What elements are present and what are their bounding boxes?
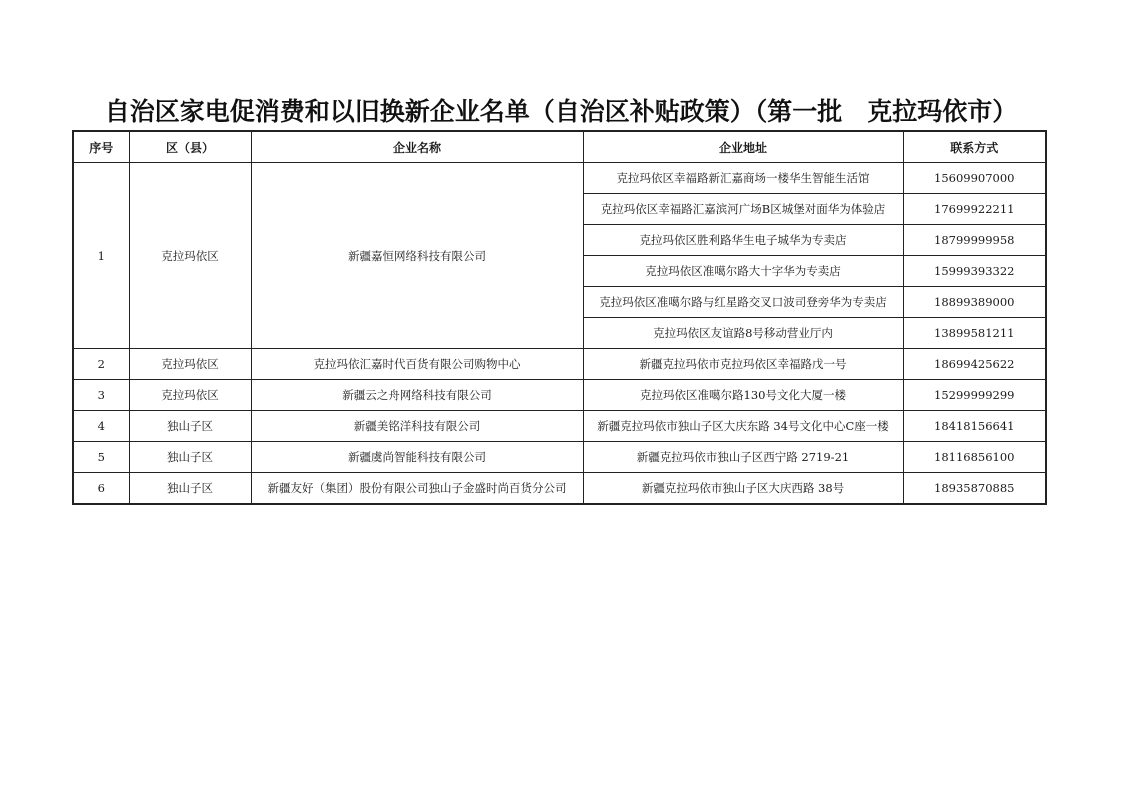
cell-contact: 18699425622 (903, 349, 1046, 380)
header-seq: 序号 (73, 131, 129, 163)
table-header-row: 序号 区（县） 企业名称 企业地址 联系方式 (73, 131, 1046, 163)
table-row: 2 克拉玛依区 克拉玛依汇嘉时代百货有限公司购物中心 新疆克拉玛依市克拉玛依区幸… (73, 349, 1046, 380)
cell-company: 新疆友好（集团）股份有限公司独山子金盛时尚百货分公司 (251, 473, 583, 505)
table-row: 6 独山子区 新疆友好（集团）股份有限公司独山子金盛时尚百货分公司 新疆克拉玛依… (73, 473, 1046, 505)
cell-contact: 15609907000 (903, 163, 1046, 194)
cell-contact: 18799999958 (903, 225, 1046, 256)
cell-district: 独山子区 (129, 442, 251, 473)
cell-company: 新疆美铭洋科技有限公司 (251, 411, 583, 442)
cell-contact: 15299999299 (903, 380, 1046, 411)
table-row: 4 独山子区 新疆美铭洋科技有限公司 新疆克拉玛依市独山子区大庆东路 34号文化… (73, 411, 1046, 442)
cell-company: 新疆嘉恒网络科技有限公司 (251, 163, 583, 349)
cell-address: 新疆克拉玛依市克拉玛依区幸福路戊一号 (583, 349, 903, 380)
cell-seq: 1 (73, 163, 129, 349)
cell-company: 新疆虞尚智能科技有限公司 (251, 442, 583, 473)
cell-contact: 13899581211 (903, 318, 1046, 349)
cell-contact: 18899389000 (903, 287, 1046, 318)
table-row: 5 独山子区 新疆虞尚智能科技有限公司 新疆克拉玛依市独山子区西宁路 2719-… (73, 442, 1046, 473)
header-contact: 联系方式 (903, 131, 1046, 163)
cell-address: 克拉玛依区准噶尔路130号文化大厦一楼 (583, 380, 903, 411)
table-row: 3 克拉玛依区 新疆云之舟网络科技有限公司 克拉玛依区准噶尔路130号文化大厦一… (73, 380, 1046, 411)
cell-contact: 17699922211 (903, 194, 1046, 225)
cell-seq: 3 (73, 380, 129, 411)
cell-contact: 18418156641 (903, 411, 1046, 442)
cell-district: 独山子区 (129, 411, 251, 442)
cell-district: 独山子区 (129, 473, 251, 505)
cell-contact: 15999393322 (903, 256, 1046, 287)
cell-company: 克拉玛依汇嘉时代百货有限公司购物中心 (251, 349, 583, 380)
cell-contact: 18935870885 (903, 473, 1046, 505)
cell-address: 克拉玛依区幸福路汇嘉滨河广场B区城堡对面华为体验店 (583, 194, 903, 225)
cell-district: 克拉玛依区 (129, 163, 251, 349)
header-district: 区（县） (129, 131, 251, 163)
cell-address: 新疆克拉玛依市独山子区大庆西路 38号 (583, 473, 903, 505)
document-title: 自治区家电促消费和以旧换新企业名单（自治区补贴政策）（第一批 克拉玛依市） (0, 92, 1122, 128)
cell-seq: 6 (73, 473, 129, 505)
cell-seq: 4 (73, 411, 129, 442)
cell-address: 克拉玛依区胜利路华生电子城华为专卖店 (583, 225, 903, 256)
header-company: 企业名称 (251, 131, 583, 163)
table-row: 1 克拉玛依区 新疆嘉恒网络科技有限公司 克拉玛依区幸福路新汇嘉商场一楼华生智能… (73, 163, 1046, 194)
cell-district: 克拉玛依区 (129, 380, 251, 411)
enterprise-table: 序号 区（县） 企业名称 企业地址 联系方式 1 克拉玛依区 新疆嘉恒网络科技有… (72, 130, 1047, 505)
cell-company: 新疆云之舟网络科技有限公司 (251, 380, 583, 411)
header-address: 企业地址 (583, 131, 903, 163)
cell-contact: 18116856100 (903, 442, 1046, 473)
cell-address: 克拉玛依区幸福路新汇嘉商场一楼华生智能生活馆 (583, 163, 903, 194)
cell-address: 克拉玛依区友谊路8号移动营业厅内 (583, 318, 903, 349)
cell-address: 新疆克拉玛依市独山子区西宁路 2719-21 (583, 442, 903, 473)
cell-seq: 2 (73, 349, 129, 380)
cell-address: 新疆克拉玛依市独山子区大庆东路 34号文化中心C座一楼 (583, 411, 903, 442)
cell-address: 克拉玛依区准噶尔路大十字华为专卖店 (583, 256, 903, 287)
cell-address: 克拉玛依区准噶尔路与红星路交叉口波司登旁华为专卖店 (583, 287, 903, 318)
cell-seq: 5 (73, 442, 129, 473)
cell-district: 克拉玛依区 (129, 349, 251, 380)
